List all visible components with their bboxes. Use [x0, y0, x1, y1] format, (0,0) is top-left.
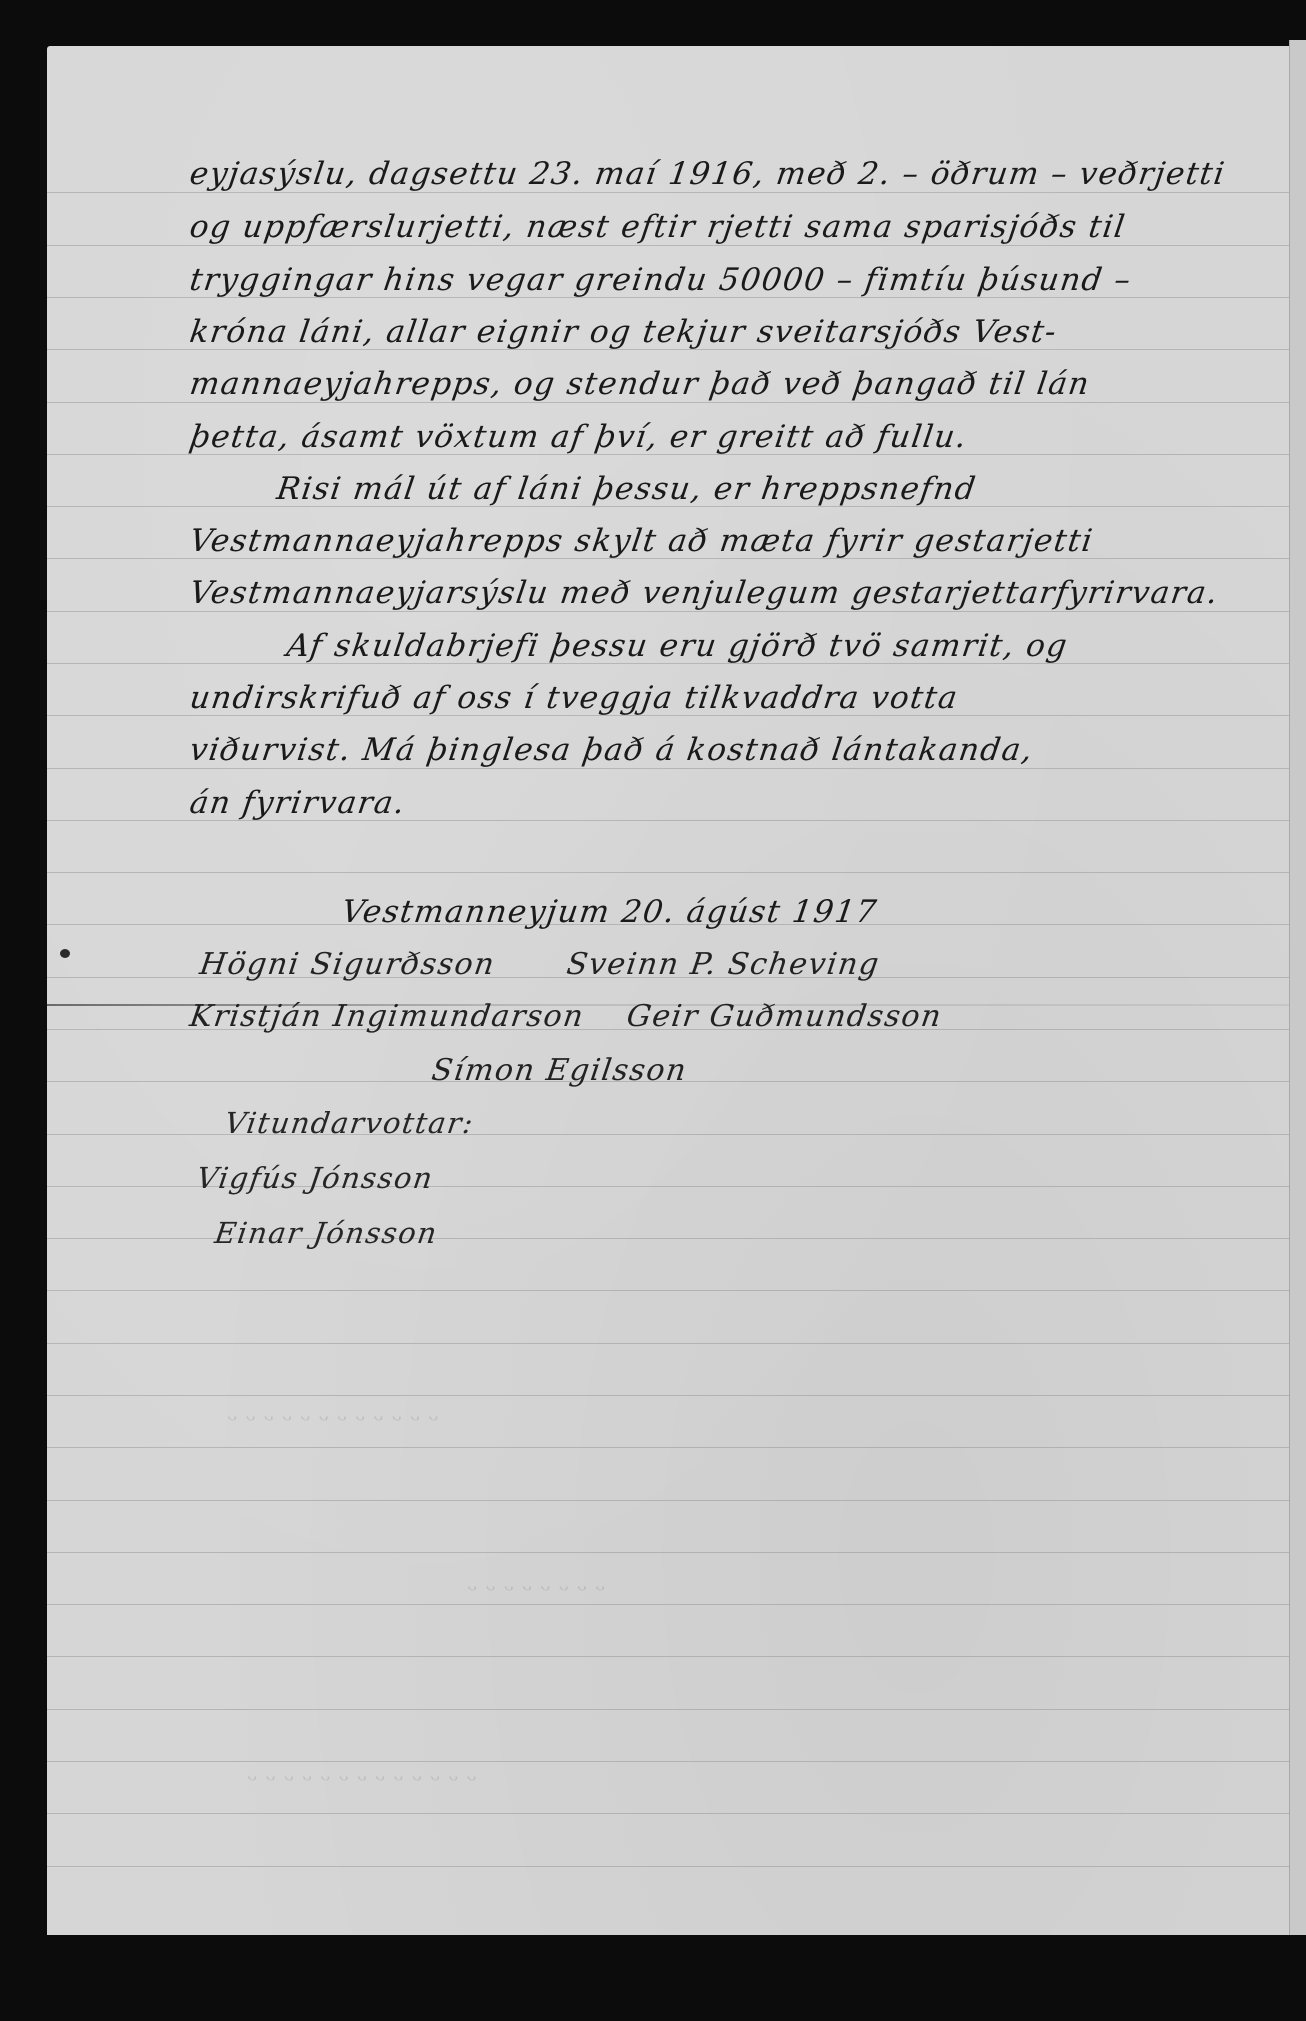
body-line: tryggingar hins vegar greindu 50000 – fi…	[187, 262, 1134, 298]
ruled-line	[47, 611, 1289, 612]
body-line: Vestmannaeyjarsýslu með venjulegum gesta…	[187, 575, 1221, 611]
signature: Geir Guðmundsson	[625, 999, 945, 1034]
bleed-through-text: ᵕ ᵕ ᵕ ᵕ ᵕ ᵕ ᵕ ᵕ	[467, 1576, 605, 1606]
document-page: ᵕ ᵕ ᵕ ᵕ ᵕ ᵕ ᵕ ᵕ ᵕ ᵕ ᵕ ᵕ ᵕ ᵕ ᵕ ᵕ ᵕ ᵕ ᵕ ᵕ …	[47, 46, 1289, 1935]
ruled-line	[47, 1447, 1289, 1448]
ruled-line	[47, 768, 1289, 769]
bleed-through-text: ᵕ ᵕ ᵕ ᵕ ᵕ ᵕ ᵕ ᵕ ᵕ ᵕ ᵕ ᵕ	[227, 1406, 438, 1436]
ruled-line	[47, 192, 1289, 193]
ruled-line	[47, 1552, 1289, 1553]
ruled-line	[47, 1604, 1289, 1605]
ruled-line	[47, 1395, 1289, 1396]
ruled-line	[47, 1866, 1289, 1867]
ruled-line	[47, 1656, 1289, 1657]
signature: Símon Egilsson	[430, 1053, 690, 1088]
body-line: mannaeyjahrepps, og stendur það veð þang…	[187, 366, 1092, 402]
body-line: viðurvist. Má þinglesa það á kostnað lán…	[187, 732, 1035, 768]
ruled-line	[47, 245, 1289, 246]
body-line: þetta, ásamt vöxtum af því, er greitt að…	[187, 419, 969, 455]
ruled-line	[47, 1343, 1289, 1344]
witness-signature: Vigfús Jónsson	[195, 1161, 436, 1195]
body-line: án fyrirvara.	[187, 785, 408, 821]
ink-blot	[60, 949, 70, 958]
ruled-line	[47, 1813, 1289, 1814]
signature: Sveinn P. Scheving	[565, 947, 883, 982]
body-line: undirskrifuð af oss í tveggja tilkvaddra…	[187, 680, 960, 716]
ruled-line	[47, 1290, 1289, 1291]
place-date: Vestmanneyjum 20. ágúst 1917	[339, 894, 879, 930]
ruled-line	[47, 402, 1289, 403]
signature: Högni Sigurðsson	[198, 947, 498, 982]
witness-signature: Einar Jónsson	[213, 1216, 440, 1250]
witness-label: Vitundarvottar:	[223, 1106, 477, 1140]
body-line: Af skuldabrjefi þessu eru gjörð tvö samr…	[284, 628, 1070, 664]
ruled-line	[47, 872, 1289, 873]
body-line: eyjasýslu, dagsettu 23. maí 1916, með 2.…	[187, 156, 1227, 192]
ruled-line	[47, 1709, 1289, 1710]
signature: Kristján Ingimundarson	[188, 999, 587, 1034]
ruled-line	[47, 1761, 1289, 1762]
body-line: og uppfærslurjetti, næst eftir rjetti sa…	[187, 209, 1128, 245]
body-line: króna láni, allar eignir og tekjur sveit…	[187, 314, 1059, 350]
adjacent-page-edge	[1289, 40, 1306, 1935]
body-line: Vestmannaeyjahrepps skylt að mæta fyrir …	[187, 523, 1095, 559]
bleed-through-text: ᵕ ᵕ ᵕ ᵕ ᵕ ᵕ ᵕ ᵕ ᵕ ᵕ ᵕ ᵕ ᵕ	[247, 1766, 476, 1796]
body-line: Risi mál út af láni þessu, er hreppsnefn…	[274, 471, 978, 507]
ruled-line	[47, 1500, 1289, 1501]
